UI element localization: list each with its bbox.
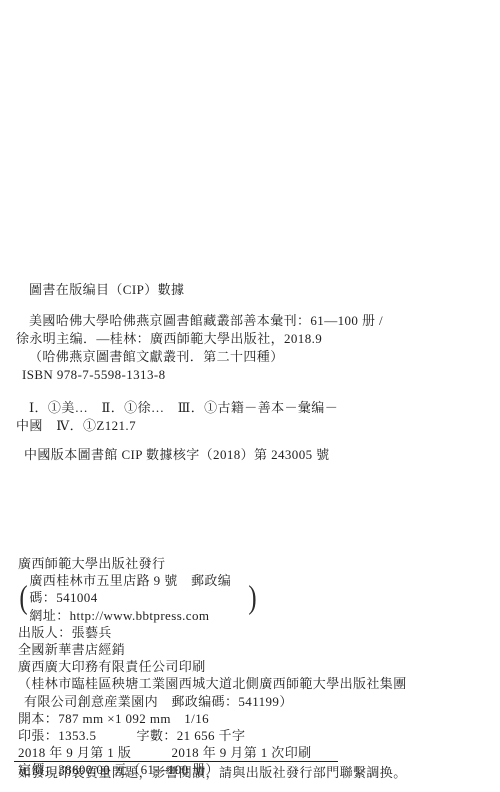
classification-line-2: 中國 Ⅳ．①Z121.7 [16,417,484,435]
cip-entry-title-line: 美國哈佛大學哈佛燕京圖書館藏叢部善本彙刊：61—100 册 / [16,312,484,330]
cip-entry-publisher-line: 徐永明主编．—桂林：廣西師範大學出版社，2018.9 [16,330,484,348]
printer-line: 廣西廣大印務有限責任公司印刷 [18,658,490,675]
publisher-address-line: 廣西桂林市五里店路 9 號 郵政编碼：541004 [29,572,247,606]
format-line: 開本：787 mm ×1 092 mm 1/16 [18,710,490,727]
big-right-paren: ) [249,581,258,615]
cip-section: 圖書在版编目（CIP）數據 美國哈佛大學哈佛燕京圖書館藏叢部善本彙刊：61—10… [16,281,484,464]
publisher-distribution-line: 廣西師範大學出版社發行 [18,555,490,572]
edition-printing-line: 2018 年 9 月第 1 版 2018 年 9 月第 1 次印刷 [18,744,490,761]
website-line: 網址：http://www.bbtpress.com [29,607,247,624]
big-left-paren: ( [19,581,28,615]
distribution-line: 全國新華書店經銷 [18,641,490,658]
classification-line-1: Ⅰ．①美… Ⅱ．①徐… Ⅲ．①古籍－善本－彙编－ [16,399,484,417]
divider-rule [14,761,338,762]
sheets-wordcount-line: 印張：1353.5 字數：21 656 千字 [18,727,490,744]
cip-header: 圖書在版编目（CIP）數據 [16,281,484,299]
book-copyright-page: 圖書在版编目（CIP）數據 美國哈佛大學哈佛燕京圖書館藏叢部善本彙刊：61—10… [0,0,500,792]
cip-entry-series-line: （哈佛燕京圖書館文獻叢刊．第二十四種） [16,348,484,366]
quality-note: 如發現印裝質量問題，影響閱讀，請與出版社發行部門聯繫調换。 [18,764,490,781]
cip-entry-block: 美國哈佛大學哈佛燕京圖書館藏叢部善本彙刊：61—100 册 / 徐永明主编．—桂… [16,312,484,384]
printer-address-line-1: （桂林市臨桂區秧塘工業園西城大道北側廣西師範大學出版社集團 [18,675,490,692]
publisher-address-group: ( 廣西桂林市五里店路 9 號 郵政编碼：541004 網址：http://ww… [18,572,490,624]
colophon-section: 廣西師範大學出版社發行 ( 廣西桂林市五里店路 9 號 郵政编碼：541004 … [18,555,490,779]
cip-record-number: 中國版本圖書館 CIP 數據核字（2018）第 243005 號 [16,446,484,464]
cip-classification-block: Ⅰ．①美… Ⅱ．①徐… Ⅲ．①古籍－善本－彙编－ 中國 Ⅳ．①Z121.7 [16,399,484,435]
printer-address-line-2: 有限公司創意産業園内 郵政编碼：541199） [18,693,490,710]
isbn-line: ISBN 978-7-5598-1313-8 [16,366,484,384]
publisher-person-line: 出版人：張藝兵 [18,624,490,641]
publisher-address-column: 廣西桂林市五里店路 9 號 郵政编碼：541004 網址：http://www.… [29,572,247,624]
